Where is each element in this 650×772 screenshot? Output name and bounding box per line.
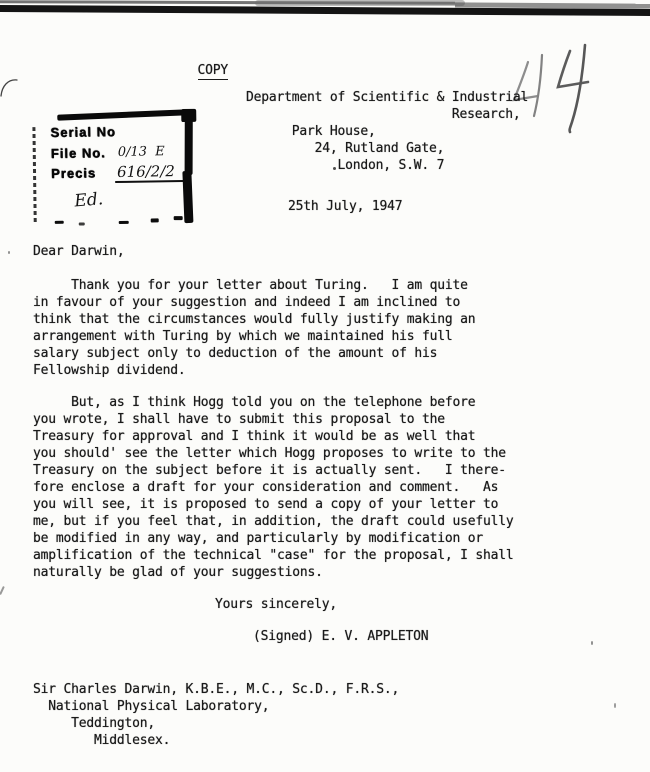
registry-stamp: Serial No File No. Precis 0/13 E 616/2/2…	[29, 107, 201, 231]
stamp-precis-label: Precis	[51, 165, 96, 181]
closing: Yours sincerely,	[215, 596, 337, 613]
scan-speck	[614, 703, 616, 708]
stamp-border-bottom-dot	[55, 221, 64, 224]
body-paragraph-1: Thank you for your letter about Turing. …	[33, 277, 475, 379]
stamp-serial-label: Serial No	[50, 124, 116, 140]
stamp-border-bottom-dot	[79, 222, 85, 225]
copy-heading: COPY	[167, 45, 228, 96]
scan-speck	[591, 641, 593, 645]
scanned-letter-page: COPY Serial No File No. Precis 0/13 E 61…	[0, 0, 650, 772]
scan-artifact-smudge	[255, 0, 465, 6]
letter-date: 25th July, 1947	[288, 198, 402, 215]
salutation: Dear Darwin,	[33, 243, 125, 260]
stamp-initials-handwritten: Ed.	[74, 189, 104, 211]
body-paragraph-2: But, as I think Hogg told you on the tel…	[33, 394, 513, 581]
stamp-border-top	[57, 109, 193, 121]
letterhead-address: Department of Scientific & Industrial Re…	[246, 89, 528, 174]
stamp-file-number-handwritten: 0/13 E	[118, 144, 165, 160]
scan-speck	[0, 586, 5, 595]
stamp-border-left	[32, 127, 36, 223]
stamp-border-right	[182, 171, 193, 223]
stamp-border-bottom-dot	[151, 218, 159, 222]
scan-speck	[8, 251, 10, 254]
stamp-precis-number-handwritten: 616/2/2	[115, 162, 183, 183]
scan-curl-mark	[0, 75, 26, 101]
stamp-file-label: File No.	[51, 145, 106, 161]
stamp-border-bottom-dot	[174, 216, 183, 220]
copy-heading-text: COPY	[198, 63, 229, 80]
stamp-border-right	[185, 117, 193, 175]
signature-line: (Signed) E. V. APPLETON	[253, 628, 428, 645]
recipient-address: Sir Charles Darwin, K.B.E., M.C., Sc.D.,…	[33, 681, 399, 749]
stamp-border-bottom-dot	[119, 221, 129, 224]
